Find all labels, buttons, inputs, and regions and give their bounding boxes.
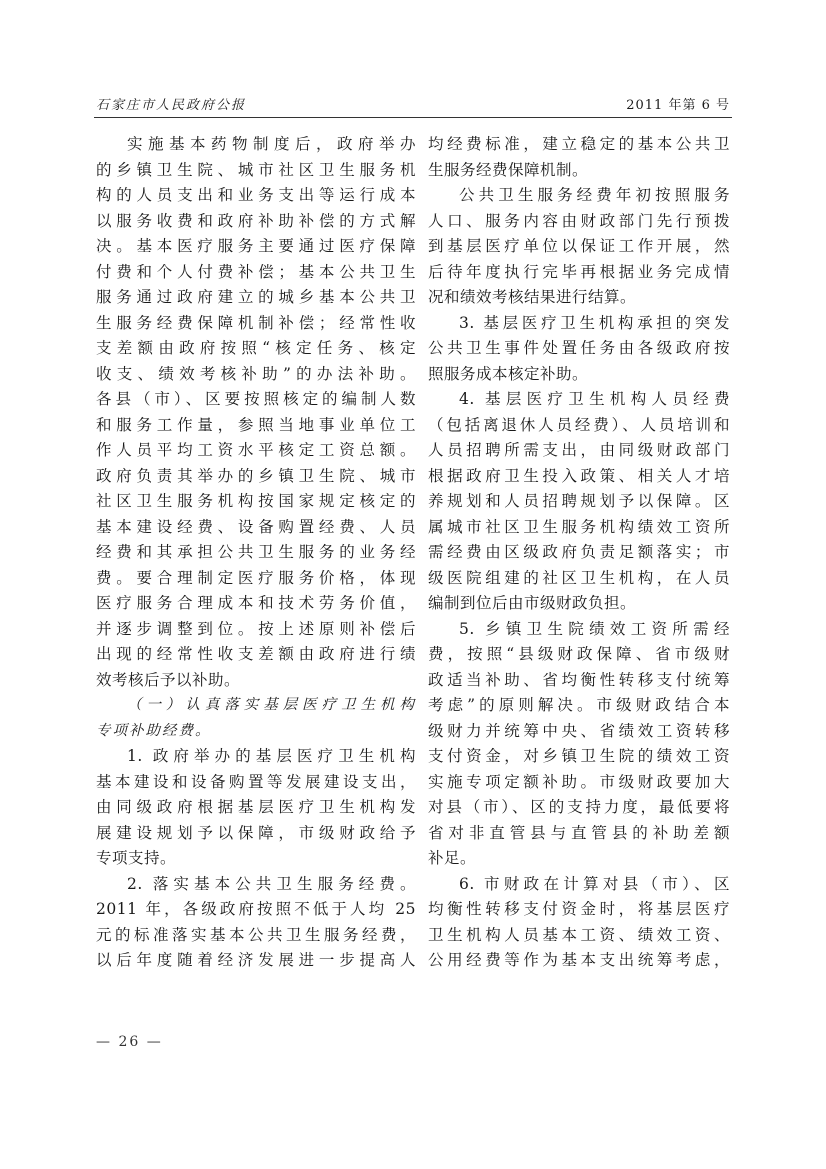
text-line: 出现的经常性收支差额由政府进行绩 [96, 642, 416, 668]
publication-title: 石家庄市人民政府公报 [96, 94, 246, 113]
text-line: 级医院组建的社区卫生机构，在人员 [428, 566, 730, 592]
text-line: 展建设规划予以保障，市级财政给予 [96, 821, 416, 847]
text-line: 实施基本药物制度后，政府举办 [96, 132, 416, 158]
text-line: 并逐步调整到位。按上述原则补偿后 [96, 617, 416, 643]
text-line: 均衡性转移支付资金时，将基层医疗 [428, 897, 730, 923]
text-line: 支差额由政府按照“核定任务、核定 [96, 336, 416, 362]
left-column: 实施基本药物制度后，政府举办的乡镇卫生院、城市社区卫生服务机构的人员支出和业务支… [96, 132, 416, 974]
text-line: 属城市社区卫生服务机构绩效工资所 [428, 515, 730, 541]
text-line: 构的人员支出和业务支出等运行成本 [96, 183, 416, 209]
text-line: 生服务经费保障机制补偿；经常性收 [96, 311, 416, 337]
text-line: 公共卫生服务经费年初按照服务 [428, 183, 730, 209]
text-line: 2011 年，各级政府按照不低于人均 25 [96, 897, 416, 923]
text-line: 省对非直管县与直管县的补助差额 [428, 821, 730, 847]
section-heading-line: 专项补助经费。 [96, 719, 416, 745]
text-line: 养规划和人员招聘规划予以保障。区 [428, 489, 730, 515]
running-header: 石家庄市人民政府公报 2011 年第 6 号 [96, 94, 730, 116]
text-line: 社区卫生服务机构按国家规定核定的 [96, 489, 416, 515]
text-line: 补足。 [428, 846, 730, 872]
text-line: 各县（市）、区要按照核定的编制人数 [96, 387, 416, 413]
text-line: 以服务收费和政府补助补偿的方式解 [96, 209, 416, 235]
text-line: 卫生机构人员基本工资、绩效工资、 [428, 923, 730, 949]
text-line: 基本建设经费、设备购置经费、人员 [96, 515, 416, 541]
text-line: 均经费标准，建立稳定的基本公共卫 [428, 132, 730, 158]
text-line: （包括离退休人员经费）、人员培训和 [428, 413, 730, 439]
text-line: 2. 落实基本公共卫生服务经费。 [96, 872, 416, 898]
text-line: 人员招聘所需支出，由同级财政部门 [428, 438, 730, 464]
text-line: 费。要合理制定医疗服务价格，体现 [96, 566, 416, 592]
text-line: 元的标准落实基本公共卫生服务经费， [96, 923, 416, 949]
text-line: 6. 市财政在计算对县（市）、区 [428, 872, 730, 898]
text-line: 到基层医疗单位以保证工作开展，然 [428, 234, 730, 260]
text-line: 后待年度执行完毕再根据业务完成情 [428, 260, 730, 286]
text-line: 服务通过政府建立的城乡基本公共卫 [96, 285, 416, 311]
text-line: 作人员平均工资水平核定工资总额。 [96, 438, 416, 464]
text-line: 对县（市）、区的支持力度，最低要将 [428, 795, 730, 821]
text-line: 公共卫生事件处置任务由各级政府按 [428, 336, 730, 362]
text-line: 决。基本医疗服务主要通过医疗保障 [96, 234, 416, 260]
text-line: 照服务成本核定补助。 [428, 362, 730, 388]
text-line: 3. 基层医疗卫生机构承担的突发 [428, 311, 730, 337]
section-heading-line: （一）认真落实基层医疗卫生机构 [96, 693, 416, 719]
text-line: 根据政府卫生投入政策、相关人才培 [428, 464, 730, 490]
text-line: 生服务经费保障机制。 [428, 158, 730, 184]
text-line: 医疗服务合理成本和技术劳务价值， [96, 591, 416, 617]
text-line: 4. 基层医疗卫生机构人员经费 [428, 387, 730, 413]
text-line: 基本建设和设备购置等发展建设支出， [96, 770, 416, 796]
text-line: 由同级政府根据基层医疗卫生机构发 [96, 795, 416, 821]
text-line: 经费和其承担公共卫生服务的业务经 [96, 540, 416, 566]
text-line: 和服务工作量，参照当地事业单位工 [96, 413, 416, 439]
text-line: 公用经费等作为基本支出统筹考虑， [428, 948, 730, 974]
text-line: 效考核后予以补助。 [96, 668, 416, 694]
text-line: 考虑”的原则解决。市级财政结合本 [428, 693, 730, 719]
text-line: 支付资金，对乡镇卫生院的绩效工资 [428, 744, 730, 770]
text-line: 收支、绩效考核补助”的办法补助。 [96, 362, 416, 388]
text-line: 需经费由区级政府负责足额落实；市 [428, 540, 730, 566]
text-line: 1. 政府举办的基层医疗卫生机构 [96, 744, 416, 770]
right-column: 均经费标准，建立稳定的基本公共卫生服务经费保障机制。公共卫生服务经费年初按照服务… [428, 132, 730, 974]
text-line: 专项支持。 [96, 846, 416, 872]
text-line: 况和绩效考核结果进行结算。 [428, 285, 730, 311]
header-rule [94, 117, 732, 118]
text-line: 政府负责其举办的乡镇卫生院、城市 [96, 464, 416, 490]
text-line: 付费和个人付费补偿；基本公共卫生 [96, 260, 416, 286]
text-line: 实施专项定额补助。市级财政要加大 [428, 770, 730, 796]
text-line: 5. 乡镇卫生院绩效工资所需经 [428, 617, 730, 643]
text-line: 政适当补助、省均衡性转移支付统筹 [428, 668, 730, 694]
text-line: 费，按照“县级财政保障、省市级财 [428, 642, 730, 668]
issue-number: 2011 年第 6 号 [626, 94, 730, 113]
text-line: 级财力并统筹中央、省绩效工资转移 [428, 719, 730, 745]
page-number: — 26 — [96, 1034, 163, 1050]
text-line: 人口、服务内容由财政部门先行预拨 [428, 209, 730, 235]
text-line: 的乡镇卫生院、城市社区卫生服务机 [96, 158, 416, 184]
text-line: 编制到位后由市级财政负担。 [428, 591, 730, 617]
text-line: 以后年度随着经济发展进一步提高人 [96, 948, 416, 974]
